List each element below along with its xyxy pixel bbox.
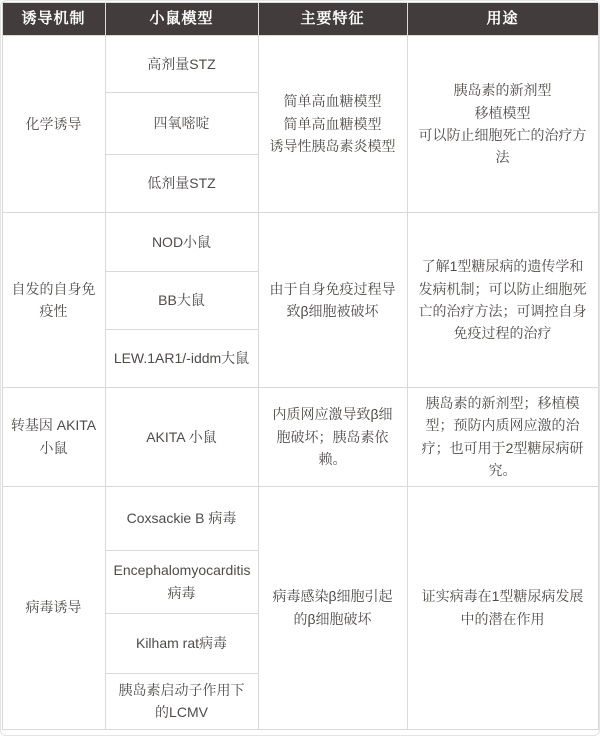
table-row: 化学诱导 高剂量STZ 简单高血糖模型 简单高血糖模型 诱导性胰岛素炎模型 胰岛… [2, 36, 598, 93]
features-cell-chemical: 简单高血糖模型 简单高血糖模型 诱导性胰岛素炎模型 [258, 36, 407, 213]
features-cell-akita: 内质网应激导致β细胞破坏；胰岛素依赖。 [258, 388, 407, 487]
model-cell-kilham-rat: Kilham rat病毒 [105, 613, 258, 673]
table-body: 化学诱导 高剂量STZ 简单高血糖模型 简单高血糖模型 诱导性胰岛素炎模型 胰岛… [2, 36, 598, 730]
mouse-model-table: 诱导机制 小鼠模型 主要特征 用途 化学诱导 高剂量STZ 简单高血糖模型 简单… [2, 2, 599, 730]
uses-cell-chemical: 胰岛素的新剂型 移植模型 可以防止细胞死亡的治疗方法 [407, 36, 598, 213]
column-header-model: 小鼠模型 [105, 3, 258, 36]
table-row: 病毒诱导 Coxsackie B 病毒 病毒感染β细胞引起的β细胞破坏 证实病毒… [2, 486, 598, 550]
features-cell-autoimmune: 由于自身免疫过程导致β细胞被破坏 [258, 213, 407, 388]
mechanism-cell-akita: 转基因 AKITA 小鼠 [2, 388, 105, 487]
mechanism-cell-autoimmune: 自发的自身免疫性 [2, 213, 105, 388]
uses-cell-akita: 胰岛素的新剂型；移植模型；预防内质网应激的治疗；也可用于2型糖尿病研究。 [407, 388, 598, 487]
model-cell-coxsackie-b: Coxsackie B 病毒 [105, 486, 258, 550]
model-cell-lcmv: 胰岛素启动子作用下的LCMV [105, 673, 258, 729]
mechanism-cell-viral: 病毒诱导 [2, 486, 105, 729]
uses-cell-viral: 证实病毒在1型糖尿病发展中的潜在作用 [407, 486, 598, 729]
model-cell-nod: NOD小鼠 [105, 213, 258, 272]
model-cell-bb-rat: BB大鼠 [105, 272, 258, 330]
features-cell-viral: 病毒感染β细胞引起的β细胞破坏 [258, 486, 407, 729]
table-row: 转基因 AKITA 小鼠 AKITA 小鼠 内质网应激导致β细胞破坏；胰岛素依赖… [2, 388, 598, 487]
model-cell-encephalomyocarditis: Encephalomyocarditis病毒 [105, 550, 258, 613]
model-cell-low-dose-stz: 低剂量STZ [105, 155, 258, 213]
model-cell-alloxan: 四氧嘧啶 [105, 93, 258, 155]
column-header-features: 主要特征 [258, 3, 407, 36]
table-header: 诱导机制 小鼠模型 主要特征 用途 [2, 3, 598, 36]
column-header-mechanism: 诱导机制 [2, 3, 105, 36]
table-header-row: 诱导机制 小鼠模型 主要特征 用途 [2, 3, 598, 36]
model-cell-lew-iddm-rat: LEW.1AR1/-iddm大鼠 [105, 330, 258, 388]
mechanism-cell-chemical: 化学诱导 [2, 36, 105, 213]
table-card: 诱导机制 小鼠模型 主要特征 用途 化学诱导 高剂量STZ 简单高血糖模型 简单… [0, 0, 600, 736]
uses-cell-autoimmune: 了解1型糖尿病的遗传学和发病机制；可以防止细胞死亡的治疗方法；可调控自身免疫过程… [407, 213, 598, 388]
model-cell-akita: AKITA 小鼠 [105, 388, 258, 487]
model-cell-high-dose-stz: 高剂量STZ [105, 36, 258, 93]
table-row: 自发的自身免疫性 NOD小鼠 由于自身免疫过程导致β细胞被破坏 了解1型糖尿病的… [2, 213, 598, 272]
column-header-uses: 用途 [407, 3, 598, 36]
